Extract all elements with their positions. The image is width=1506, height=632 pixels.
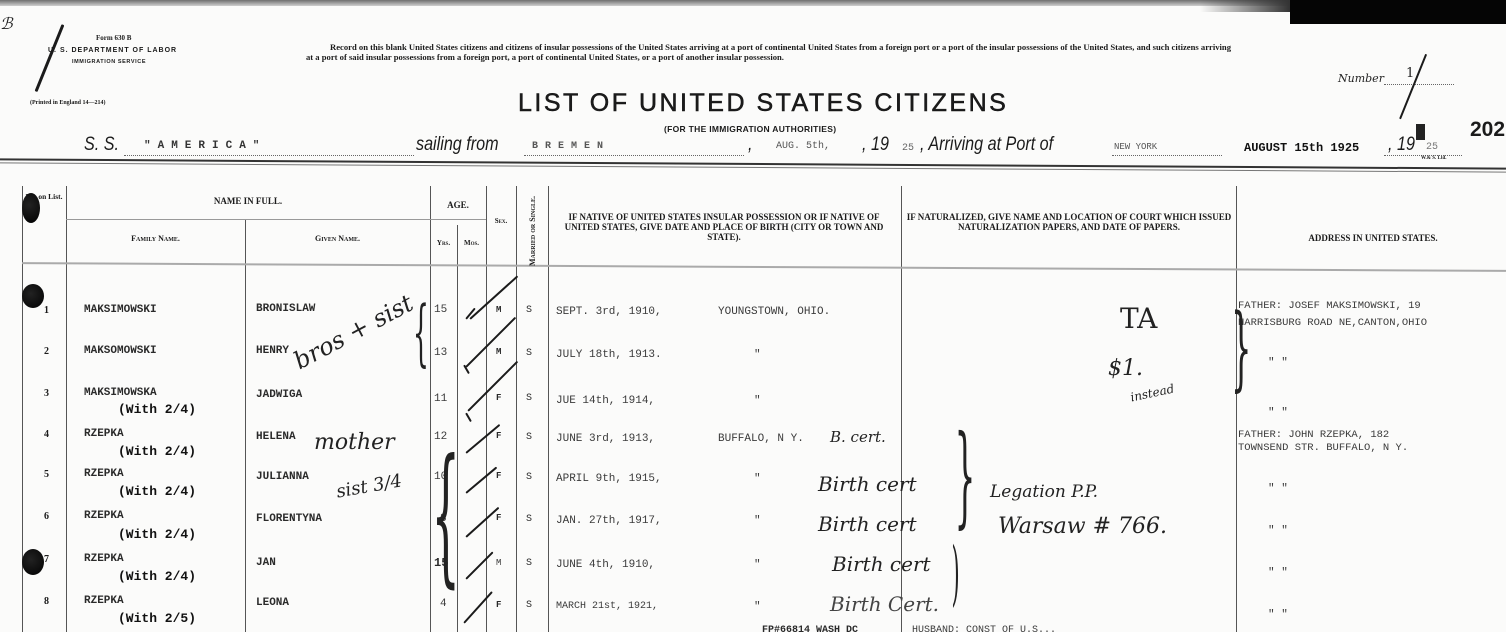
table-row: 3 MAKSIMOWSKA (With 2/4) JADWIGA 11 F S … — [0, 385, 1506, 425]
table-row: 5 RZEPKA (With 2/4) JULIANNA 10 F S APRI… — [0, 467, 1506, 507]
handwritten-birth-cert: Birth cert — [832, 552, 931, 576]
arrival-date: AUGUST 15th 1925 — [1244, 141, 1359, 155]
ship-name: "AMERICA" — [144, 140, 266, 152]
table-row: 4 RZEPKA (With 2/4) HELENA 12 F S JUNE 3… — [0, 427, 1506, 467]
form-number: Form 630 B — [96, 34, 131, 42]
pen-stroke — [35, 24, 65, 92]
brace-icon: } — [1231, 302, 1251, 394]
sex: F — [496, 471, 501, 481]
row-number: 5 — [44, 469, 49, 480]
sex: M — [496, 347, 501, 357]
row-number: 2 — [44, 346, 49, 357]
marital-status: S — [526, 305, 532, 316]
marital-status: S — [526, 393, 532, 404]
sex: F — [496, 513, 501, 523]
age-years: 11 — [434, 393, 447, 405]
table-row: 6 RZEPKA (With 2/4) FLORENTYNA 8 F S JAN… — [0, 509, 1506, 549]
marital-status: S — [526, 472, 532, 483]
birth-place: " — [754, 473, 761, 485]
year-suffix: 25 — [902, 143, 914, 154]
punch-hole — [22, 193, 40, 223]
address-ditto: " " — [1268, 609, 1288, 621]
handwritten-warsaw: Warsaw # 766. — [998, 514, 1167, 539]
family-name: MAKSIMOWSKI — [84, 304, 157, 316]
table-row: 8 RZEPKA (With 2/5) LEONA 4 F S MARCH 21… — [0, 593, 1506, 632]
birth-date: JUE 14th, 1914, — [556, 395, 655, 407]
birth-date: SEPT. 3rd, 1910, — [556, 306, 662, 318]
marital-status: S — [526, 558, 532, 569]
given-name: JAN — [256, 557, 276, 569]
intro-text: Record on this blank United States citiz… — [306, 43, 1231, 62]
brace-icon: { — [413, 296, 429, 368]
birth-place: " — [754, 515, 761, 527]
ss-label: S. S. — [84, 134, 119, 156]
col-header-married-single: Married or Single. — [528, 186, 537, 266]
address-ditto: " " — [1268, 407, 1288, 419]
birth-date: JUNE 3rd, 1913, — [556, 433, 655, 445]
given-name: JULIANNA — [256, 471, 309, 483]
col-header-given-name: Given Name. — [245, 234, 430, 244]
birth-date: JAN. 27th, 1917, — [556, 515, 662, 527]
sex: F — [496, 393, 501, 403]
with-note: (With 2/4) — [118, 569, 196, 584]
address-line-2: TOWNSEND STR. BUFFALO, N Y. — [1238, 442, 1408, 454]
handwritten-mother: mother — [314, 430, 395, 455]
given-name: HENRY — [256, 345, 289, 357]
family-name: MAKSIMOWSKA — [84, 387, 157, 399]
printed-in-label: (Printed in England 14—214) — [30, 100, 106, 106]
year-prefix: , 19 — [862, 134, 889, 156]
col-header-naturalized: IF NATURALIZED, GIVE NAME AND LOCATION O… — [905, 212, 1233, 232]
given-name: HELENA — [256, 431, 296, 443]
service-label: IMMIGRATION SERVICE — [72, 59, 146, 65]
address-ditto: " " — [1268, 483, 1288, 495]
sex: F — [496, 600, 501, 610]
sailing-from-label: sailing from — [416, 134, 499, 156]
address-ditto: " " — [1268, 525, 1288, 537]
handwritten-birth-cert: Birth cert — [818, 472, 917, 496]
departure-date: AUG. 5th, — [776, 141, 830, 152]
row-number: 6 — [44, 511, 49, 522]
col-header-sex: Sex. — [486, 216, 516, 226]
family-name: RZEPKA — [84, 595, 124, 607]
printer-mark: W.& S. Ltd. — [1421, 156, 1447, 161]
number-pen-stroke — [1399, 54, 1427, 120]
sex: M — [496, 305, 501, 315]
col-header-address: ADDRESS IN UNITED STATES. — [1240, 233, 1506, 243]
row-number: 1 — [44, 305, 49, 316]
handwritten-birth-cert: Birth cert — [818, 512, 917, 536]
ship-line-dots — [124, 155, 414, 156]
birth-date: JULY 18th, 1913. — [556, 349, 662, 361]
col-header-age: AGE. — [430, 200, 486, 210]
given-name: BRONISLAW — [256, 303, 315, 315]
brace-icon: } — [955, 420, 976, 530]
port-from: BREMEN — [532, 141, 610, 152]
row-number: 8 — [44, 596, 49, 607]
given-name: FLORENTYNA — [256, 513, 322, 525]
marital-status: S — [526, 432, 532, 443]
table-row: 2 MAKSOMOWSKI HENRY 13 M S JULY 18th, 19… — [0, 343, 1506, 367]
port-from-dots — [524, 155, 744, 156]
scan-shadow — [1290, 0, 1506, 24]
col-header-family-name: Family Name. — [66, 234, 245, 244]
arrival-year-suffix: 25 — [1426, 142, 1438, 153]
page-title: LIST OF UNITED STATES CITIZENS — [518, 89, 1008, 118]
row-number: 4 — [44, 429, 49, 440]
handwritten-one-dollar: $1. — [1108, 356, 1143, 381]
birth-place: " — [754, 601, 761, 613]
table-row: 1 MAKSIMOWSKI BRONISLAW 15 M S SEPT. 3rd… — [0, 300, 1506, 324]
partial-birth-fragment: FP#66814 WASH DC — [762, 625, 858, 632]
port-to-dots — [1112, 155, 1222, 156]
birth-date: JUNE 4th, 1910, — [556, 559, 655, 571]
col-header-ms-wrap: Married or Single. — [518, 186, 546, 266]
with-note: (With 2/4) — [118, 527, 196, 542]
marital-status: S — [526, 600, 532, 611]
number-line — [1384, 84, 1454, 85]
birth-place: BUFFALO, N Y. — [718, 433, 804, 445]
row-number: 3 — [44, 388, 49, 399]
age-years: 13 — [434, 347, 447, 359]
col-header-birth: IF NATIVE OF UNITED STATES INSULAR POSSE… — [554, 212, 894, 242]
port-to: NEW YORK — [1114, 142, 1157, 152]
handwritten-ta: TA — [1120, 302, 1157, 335]
stamp-page-number: 202 — [1470, 118, 1505, 142]
arriving-label: , Arriving at Port of — [920, 134, 1053, 156]
with-note: (With 2/4) — [118, 484, 196, 499]
birth-place: " — [754, 395, 761, 407]
col-header-name-in-full: NAME IN FULL. — [66, 196, 430, 206]
family-name: MAKSOMOWSKI — [84, 345, 157, 357]
sex: F — [496, 431, 501, 441]
age-years: 15 — [434, 304, 447, 316]
address-line-1: FATHER: JOSEF MAKSIMOWSKI, 19 — [1238, 300, 1421, 312]
family-name: RZEPKA — [84, 468, 124, 480]
number-value: 1 — [1406, 66, 1414, 81]
birth-place: YOUNGSTOWN, OHIO. — [718, 306, 830, 318]
address-ditto: " " — [1268, 357, 1288, 369]
arrival-year-prefix: , 19 — [1388, 134, 1415, 156]
birth-place: " — [754, 349, 761, 361]
given-name: JADWIGA — [256, 389, 302, 401]
birth-place: " — [754, 559, 761, 571]
with-note: (With 2/4) — [118, 402, 196, 417]
birth-date: APRIL 9th, 1915, — [556, 473, 662, 485]
comma-sep: , — [748, 134, 752, 156]
brace-icon: { — [431, 440, 460, 590]
page-subtitle: (FOR THE IMMIGRATION AUTHORITIES) — [664, 124, 836, 134]
address-line-2: HARRISBURG ROAD NE,CANTON,OHIO — [1238, 317, 1427, 329]
marital-status: S — [526, 514, 532, 525]
family-name: RZEPKA — [84, 510, 124, 522]
family-name: RZEPKA — [84, 553, 124, 565]
corner-mark: ℬ — [0, 14, 13, 33]
given-name: LEONA — [256, 597, 289, 609]
partial-naturalized-fragment: HUSBAND: CONST OF U.S... — [912, 625, 1056, 632]
brace-icon: ) — [952, 538, 960, 608]
number-label: Number — [1338, 72, 1384, 85]
with-note: (With 2/5) — [118, 611, 196, 626]
with-note: (With 2/4) — [118, 444, 196, 459]
department-label: U. S. DEPARTMENT OF LABOR — [48, 47, 177, 54]
address-ditto: " " — [1268, 567, 1288, 579]
handwritten-legation: Legation P.P. — [990, 482, 1098, 502]
col-header-yrs: Yrs. — [430, 238, 457, 248]
birth-date: MARCH 21st, 1921, — [556, 601, 658, 612]
table-row: 7 RZEPKA (With 2/4) JAN 15 M S JUNE 4th,… — [0, 551, 1506, 591]
col-header-mos: Mos. — [457, 238, 486, 248]
handwritten-birth-cert: Birth Cert. — [830, 592, 939, 616]
header-subrule — [66, 219, 486, 220]
row-number: 7 — [44, 554, 49, 565]
address-line-1: FATHER: JOHN RZEPKA, 182 — [1238, 429, 1389, 441]
family-name: RZEPKA — [84, 428, 124, 440]
handwritten-b-cert: B. cert. — [830, 428, 886, 446]
marital-status: S — [526, 348, 532, 359]
sex: M — [496, 558, 501, 568]
